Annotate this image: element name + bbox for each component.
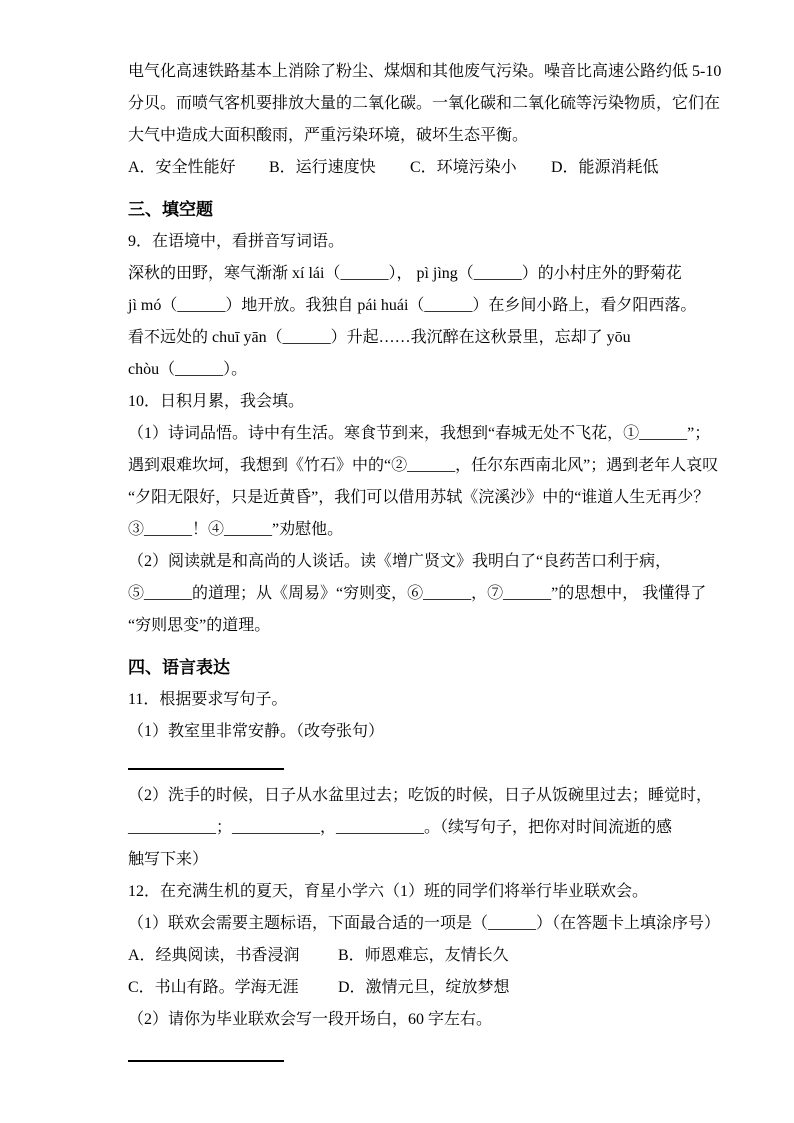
q9-body: 深秋的田野，寒气渐渐 xí lái（______）， pì jìng（_____… <box>128 258 674 386</box>
section-heading-expression: 四、语言表达 <box>128 652 674 684</box>
q10-part1: （1）诗词品悟。诗中有生活。寒食节到来，我想到“春城无处不飞花，①______”… <box>128 418 674 546</box>
q9-line-1: 深秋的田野，寒气渐渐 xí lái（______）， pì jìng（_____… <box>128 258 674 290</box>
q10-part2-line-1: （2）阅读就是和高尚的人谈话。读《增广贤文》我明白了“良药苦口利于病， <box>128 546 674 578</box>
q9-line-4: chòu（______）。 <box>128 354 674 386</box>
q12-option-b: B．师恩难忘，友情长久 <box>338 940 509 972</box>
q8-option-c: C．环境污染小 <box>410 152 551 184</box>
q12-option-c: C．书山有路。学海无涯 <box>128 972 338 1004</box>
q12-stem: 12．在充满生机的夏天，育星小学六（1）班的同学们将举行毕业联欢会。 <box>128 876 674 908</box>
q10-part2-line-3: “穷则思变”的道理。 <box>128 610 674 642</box>
q11-part2: （2）洗手的时候，日子从水盆里过去；吃饭的时候，日子从饭碗里过去；睡觉时， __… <box>128 780 674 876</box>
q12-options-row-1: A．经典阅读，书香浸润 B．师恩难忘，友情长久 <box>128 940 674 972</box>
q9-stem: 9．在语境中，看拼音写词语。 <box>128 226 674 258</box>
q10-part2-line-2: ⑤______的道理；从《周易》“穷则变，⑥______，⑦______”的思想… <box>128 578 674 610</box>
q11-part1: （1）教室里非常安静。（改夸张句） <box>128 716 674 748</box>
q11-part2-line-1: （2）洗手的时候，日子从水盆里过去；吃饭的时候，日子从饭碗里过去；睡觉时， <box>128 780 674 812</box>
q11-part1-answer-line <box>128 768 284 770</box>
q11-stem: 11．根据要求写句子。 <box>128 684 674 716</box>
q10-part1-line-1: （1）诗词品悟。诗中有生活。寒食节到来，我想到“春城无处不飞花，①______”… <box>128 418 674 450</box>
q12-part1: （1）联欢会需要主题标语，下面最合适的一项是（______）（在答题卡上填涂序号… <box>128 908 674 940</box>
q10-stem: 10．日积月累，我会填。 <box>128 386 674 418</box>
q11-part2-line-3: 触写下来） <box>128 844 674 876</box>
q10-part2: （2）阅读就是和高尚的人谈话。读《增广贤文》我明白了“良药苦口利于病， ⑤___… <box>128 546 674 642</box>
q10-part1-line-2: 遇到艰难坎坷，我想到《竹石》中的“②______，任尔东西南北风”；遇到老年人哀… <box>128 450 674 482</box>
section-heading-fill-in: 三、填空题 <box>128 194 674 226</box>
q8-passage: 电气化高速铁路基本上消除了粉尘、煤烟和其他废气污染。噪音比高速公路约低 5-10… <box>128 56 674 152</box>
q8-passage-line-1: 电气化高速铁路基本上消除了粉尘、煤烟和其他废气污染。噪音比高速公路约低 5-10 <box>128 56 674 88</box>
q12-option-d: D．激情元旦，绽放梦想 <box>338 972 510 1004</box>
q8-passage-line-3: 大气中造成大面积酸雨，严重污染环境，破坏生态平衡。 <box>128 120 674 152</box>
q8-options-row: A．安全性能好 B．运行速度快 C．环境污染小 D．能源消耗低 <box>128 152 674 184</box>
exam-paper-page: 电气化高速铁路基本上消除了粉尘、煤烟和其他废气污染。噪音比高速公路约低 5-10… <box>0 0 794 1123</box>
q9-line-3: 看不远处的 chuī yān（______）升起……我沉醉在这秋景里，忘却了 y… <box>128 322 674 354</box>
q8-option-a: A．安全性能好 <box>128 152 269 184</box>
q12-part2-answer-line <box>128 1060 284 1062</box>
q9-line-2: jì mó（______）地开放。我独自 pái huái（______）在乡间… <box>128 290 674 322</box>
q12-options-row-2: C．书山有路。学海无涯 D．激情元旦，绽放梦想 <box>128 972 674 1004</box>
q10-part1-line-4: ③______！④______”劝慰他。 <box>128 514 674 546</box>
q8-option-d: D．能源消耗低 <box>551 152 659 184</box>
q8-option-b: B．运行速度快 <box>269 152 410 184</box>
q10-part1-line-3: “夕阳无限好，只是近黄昏”，我们可以借用苏轼《浣溪沙》中的“谁道人生无再少？ <box>128 482 674 514</box>
q12-part2: （2）请你为毕业联欢会写一段开场白，60 字左右。 <box>128 1004 674 1036</box>
q8-passage-line-2: 分贝。而喷气客机要排放大量的二氧化碳。一氧化碳和二氧化硫等污染物质，它们在 <box>128 88 674 120</box>
q12-option-a: A．经典阅读，书香浸润 <box>128 940 338 972</box>
q11-part2-line-2: ___________；___________，___________。（续写句… <box>128 812 674 844</box>
